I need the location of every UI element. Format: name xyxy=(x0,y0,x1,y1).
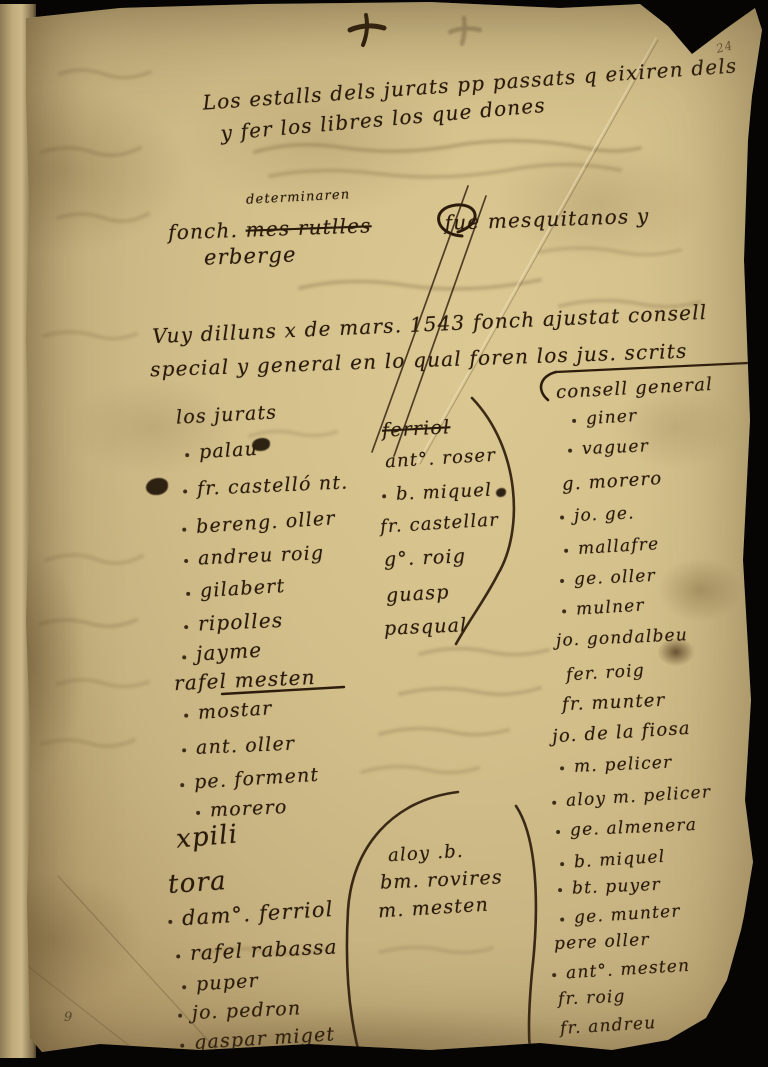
bullet-dot xyxy=(560,766,564,770)
bullet-dot xyxy=(185,453,189,457)
struck-note-line: fonch. mes rutlles fue mesquitanos y xyxy=(168,204,650,245)
folio-number-bottom: 9 xyxy=(64,1010,73,1025)
name-entry: jo. pedron xyxy=(178,997,302,1024)
name-entry: ge. almenera xyxy=(556,815,698,841)
bullet-dot xyxy=(560,917,564,921)
name-entry: bereng. oller xyxy=(181,507,336,538)
bullet-dot xyxy=(552,801,556,805)
manuscript-photo: 24 9 Los estalls dels jurats pp passats … xyxy=(0,0,768,1067)
name-entry: guasp xyxy=(385,581,450,607)
entry-line-2: special y general en lo qual foren los j… xyxy=(150,339,688,382)
name-entry: mostar xyxy=(183,697,273,724)
bullet-dot xyxy=(180,1043,184,1047)
name-entry: ge. oller xyxy=(560,566,657,590)
name-entry: jo. gondalbeu xyxy=(556,625,689,651)
name-entry: jo. ge. xyxy=(560,503,636,526)
name-entry: morero xyxy=(196,796,288,822)
name-entry: ant°. mesten xyxy=(552,956,691,984)
name-entry: ant°. roser xyxy=(384,445,496,473)
bullet-dot xyxy=(572,419,576,423)
bullet-dot xyxy=(382,494,386,498)
name-entry: rafel mesten xyxy=(174,665,317,695)
name-entry: xpili xyxy=(175,819,240,854)
bullet-dot xyxy=(552,973,556,977)
name-entry: g°. roig xyxy=(384,545,467,571)
name-entry: ge. munter xyxy=(560,901,682,928)
jurats-column-header: los jurats xyxy=(175,401,277,428)
bullet-dot xyxy=(560,515,564,519)
name-entry: aloy .b. xyxy=(387,841,464,867)
bullet-dot xyxy=(182,655,186,659)
name-entry: g. morero xyxy=(561,468,662,495)
struck-text: mes rutlles xyxy=(245,213,372,241)
name-entry: m. mesten xyxy=(377,894,489,923)
name-entry: pasqual xyxy=(384,614,468,640)
name-entry: gilabert xyxy=(185,575,286,603)
name-entry: fr. castelló nt. xyxy=(183,471,349,500)
bullet-dot xyxy=(560,862,564,866)
name-entry: bt. puyer xyxy=(558,875,662,899)
name-entry: fer. roig xyxy=(565,661,645,686)
bullet-dot xyxy=(180,783,184,787)
name-entry: mallafre xyxy=(563,534,659,560)
bullet-dot xyxy=(564,549,568,553)
name-entry: tora xyxy=(167,866,228,900)
struck-name-ferriol: ferriol xyxy=(381,416,450,442)
name-entry: fr. roig xyxy=(558,987,626,1010)
note-prefix: fonch. xyxy=(168,218,239,244)
name-entry: fr. andreu xyxy=(559,1013,657,1039)
bullet-dot xyxy=(568,449,572,453)
bullet-dot xyxy=(182,527,186,531)
name-entry: ripolles xyxy=(184,608,284,636)
name-entry: gaspar miget xyxy=(179,1023,335,1054)
bullet-dot xyxy=(182,748,186,752)
note-suffix: fue mesquitanos y xyxy=(444,204,650,235)
name-entry: fr. munter xyxy=(562,690,666,715)
bullet-dot xyxy=(556,830,560,834)
entry-line2-underlined: los jus. scrits xyxy=(536,339,688,368)
bullet-dot xyxy=(184,559,188,563)
entry-line2-pre: special y general en lo qual foren xyxy=(150,344,537,381)
bullet-dot xyxy=(186,592,190,596)
ink-blot xyxy=(146,478,168,495)
name-entry: b. miquel xyxy=(382,480,493,506)
name-entry: aloy m. pelicer xyxy=(552,782,712,812)
name-entry: andreu roig xyxy=(184,542,325,570)
bullet-dot xyxy=(168,920,172,924)
bullet-dot xyxy=(184,713,188,717)
name-entry: dam°. ferriol xyxy=(167,897,334,931)
name-entry: palau xyxy=(184,438,258,464)
note-line-2: erberge xyxy=(204,242,297,269)
bullet-dot xyxy=(558,888,562,892)
name-entry: pere oller xyxy=(554,930,651,954)
bullet-dot xyxy=(184,625,188,629)
name-entry: b. miquel xyxy=(559,847,665,873)
interline-note: determinaren xyxy=(246,187,351,207)
bullet-dot xyxy=(182,985,186,989)
bullet-dot xyxy=(196,811,200,815)
bullet-dot xyxy=(178,1014,182,1018)
ink-blot xyxy=(496,488,506,497)
name-entry: ant. oller xyxy=(182,733,296,760)
name-entry: giner xyxy=(571,406,638,430)
bullet-dot xyxy=(562,609,566,613)
name-entry: vaguer xyxy=(568,436,650,460)
bullet-dot xyxy=(183,489,187,493)
name-entry: bm. rovires xyxy=(380,866,504,893)
name-entry: jayme xyxy=(181,638,263,667)
bullet-dot xyxy=(560,579,564,583)
consell-column-header: consell general xyxy=(556,374,714,403)
name-entry: pe. forment xyxy=(179,764,319,794)
name-entry: fr. castellar xyxy=(379,509,499,537)
name-entry: m. pelicer xyxy=(560,753,673,778)
name-entry: puper xyxy=(181,970,259,997)
name-entry: rafel rabassa xyxy=(176,934,339,965)
name-entry: jo. de la fiosa xyxy=(551,718,691,747)
bullet-dot xyxy=(176,954,180,958)
name-entry: mulner xyxy=(561,595,645,620)
manuscript-page: 24 9 Los estalls dels jurats pp passats … xyxy=(0,0,768,1067)
